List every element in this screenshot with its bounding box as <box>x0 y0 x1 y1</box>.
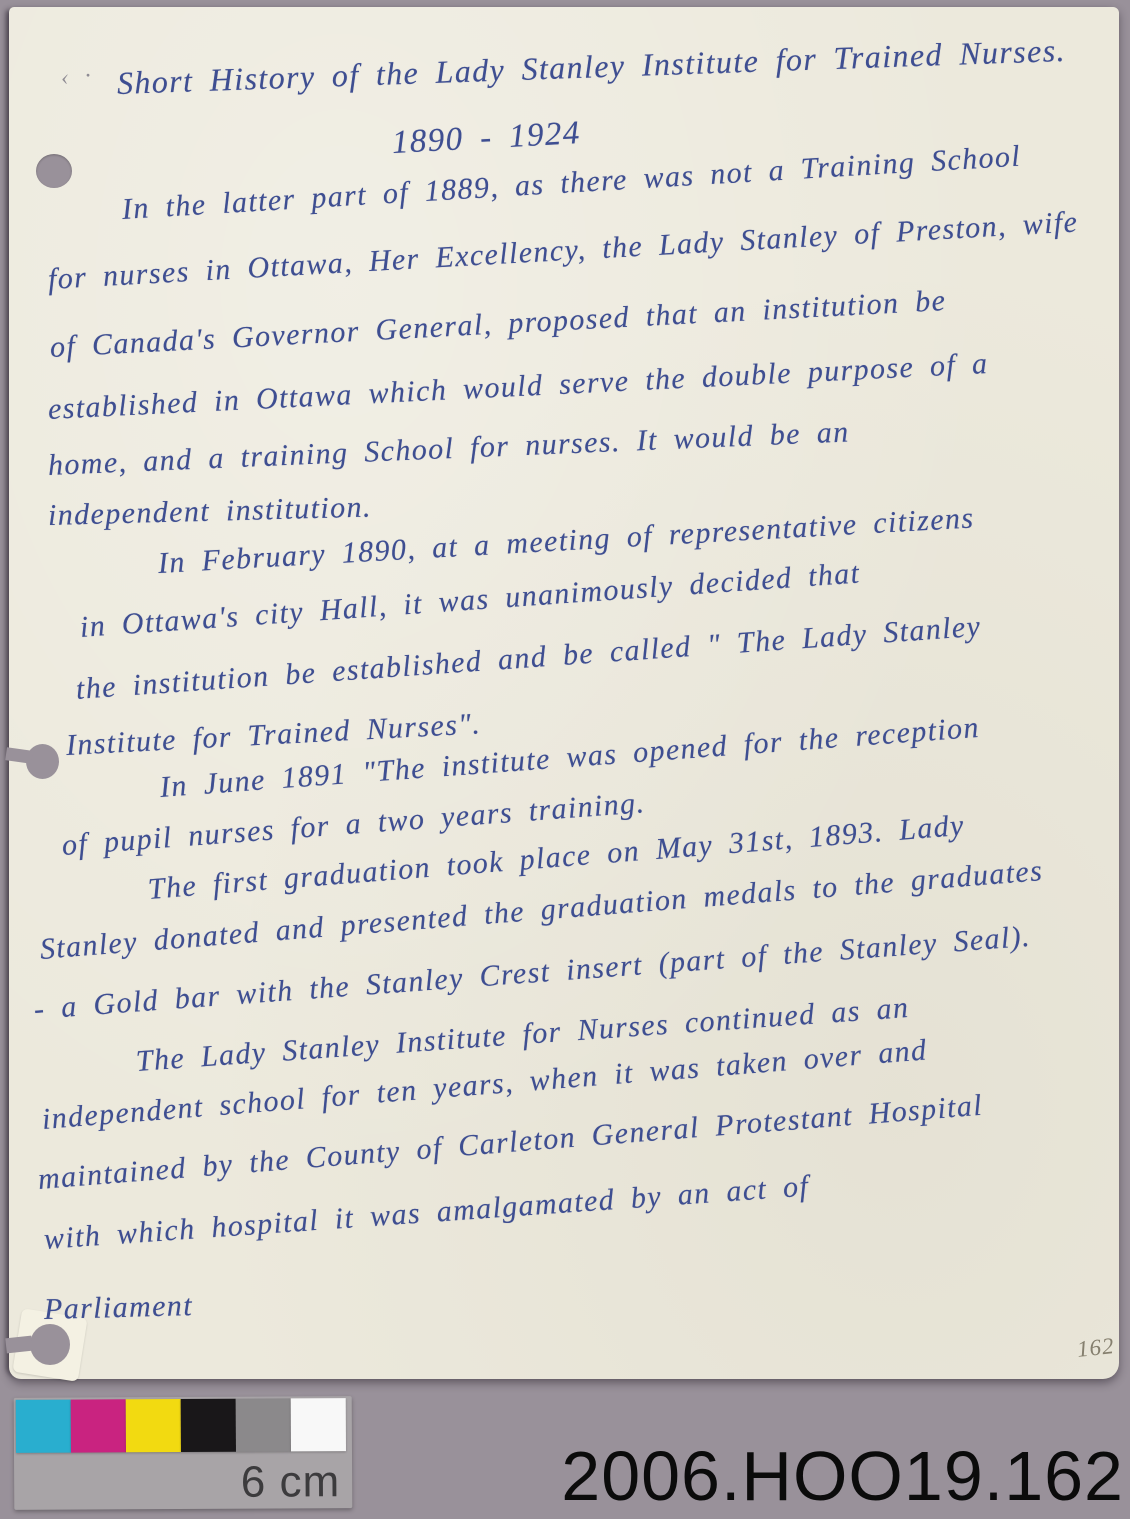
punch-hole-tear <box>5 1336 32 1354</box>
handwritten-line: independent institution. <box>48 491 373 533</box>
handwritten-line: In the latter part of 1889, as there was… <box>121 140 1022 227</box>
manuscript-page: ‹ · Short History of the Lady Stanley In… <box>9 7 1119 1379</box>
swatch-white <box>291 1398 346 1451</box>
swatch-cyan <box>16 1400 71 1453</box>
punch-hole-top <box>36 154 72 188</box>
handwritten-line: home, and a training School for nurses. … <box>47 415 850 483</box>
scale-bar-label: 6 cm <box>241 1460 341 1505</box>
punch-hole-bottom <box>30 1324 70 1365</box>
calibration-swatch-row <box>16 1398 346 1453</box>
handwritten-line: Parliament <box>44 1289 194 1327</box>
title-date-range: 1890 - 1924 <box>391 115 582 162</box>
handwritten-line: of Canada's Governor General, proposed t… <box>49 284 947 365</box>
title-line: Short History of the Lady Stanley Instit… <box>116 32 1066 102</box>
swatch-yellow <box>126 1399 181 1452</box>
swatch-black <box>181 1399 236 1452</box>
swatch-magenta <box>71 1399 126 1452</box>
scan-background: ‹ · Short History of the Lady Stanley In… <box>0 0 1130 1519</box>
accession-number-label: 2006.HOO19.162 <box>561 1441 1124 1511</box>
punch-hole-tear <box>5 747 33 763</box>
color-calibration-card: 6 cm <box>14 1396 353 1510</box>
pencil-page-number: 162 <box>1076 1333 1116 1363</box>
margin-pencil-mark: ‹ · <box>60 63 93 92</box>
swatch-gray <box>236 1398 291 1451</box>
